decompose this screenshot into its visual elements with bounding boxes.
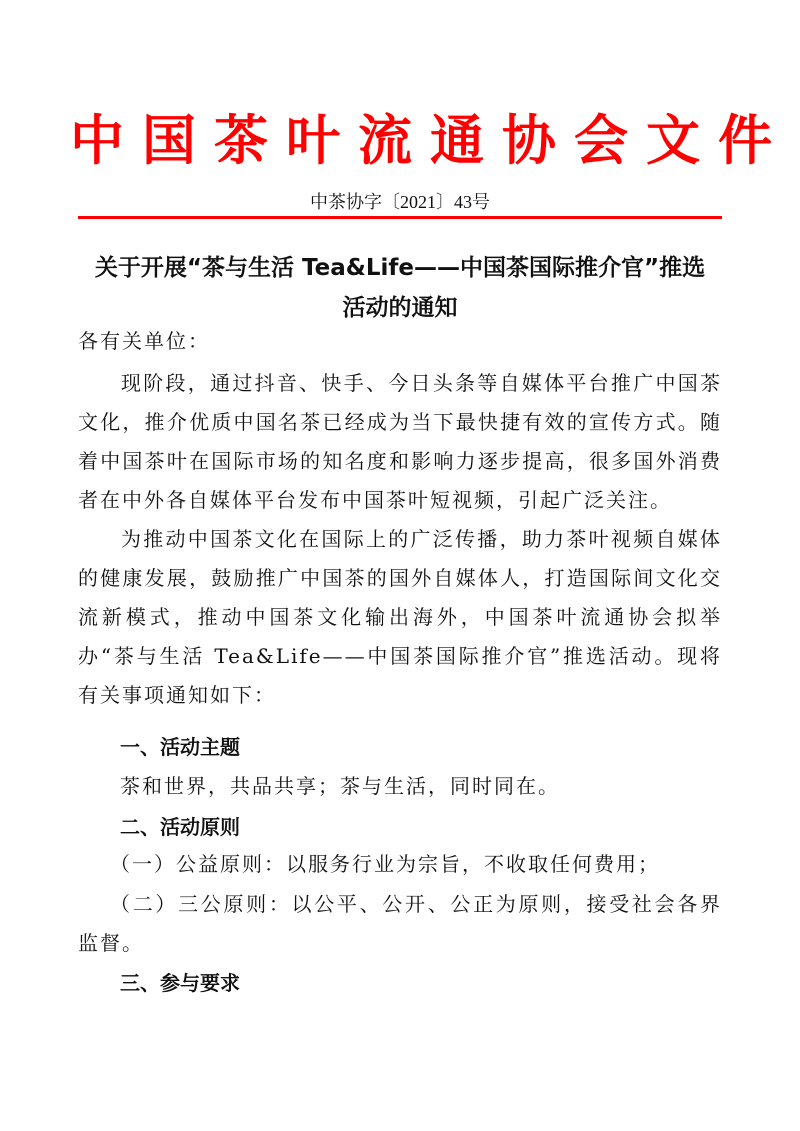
notice-title: 关于开展“茶与生活 Tea&Life——中国茶国际推介官”推选 活动的通知 — [70, 248, 730, 328]
red-divider-line — [78, 216, 722, 219]
body-paragraph-2: 为推动中国茶文化在国际上的广泛传播，助力茶叶视频自媒体的健康发展，鼓励推广中国茶… — [78, 520, 722, 715]
section-heading-requirements: 三、参与要求 — [120, 967, 240, 999]
document-number: 中茶协字〔2021〕43号 — [0, 190, 800, 214]
principle-item-1: （一）公益原则：以服务行业为宗旨，不收取任何费用； — [110, 845, 660, 883]
section-heading-principles: 二、活动原则 — [120, 811, 240, 843]
notice-title-line-1: 关于开展“茶与生活 Tea&Life——中国茶国际推介官”推选 — [70, 248, 730, 288]
body-paragraph-1: 现阶段，通过抖音、快手、今日头条等自媒体平台推广中国茶文化，推介优质中国名茶已经… — [78, 364, 722, 520]
document-header-title: 中国茶叶流通协会文件 — [70, 108, 730, 172]
section-theme-text: 茶和世界，共品共享；茶与生活，同时同在。 — [120, 767, 560, 805]
principle-item-2: （二）三公原则：以公平、公开、公正为原则，接受社会各界监督。 — [78, 885, 722, 963]
section-heading-theme: 一、活动主题 — [120, 731, 240, 763]
document-page: 中国茶叶流通协会文件 中茶协字〔2021〕43号 关于开展“茶与生活 Tea&L… — [0, 0, 800, 1131]
salutation: 各有关单位： — [78, 322, 722, 361]
